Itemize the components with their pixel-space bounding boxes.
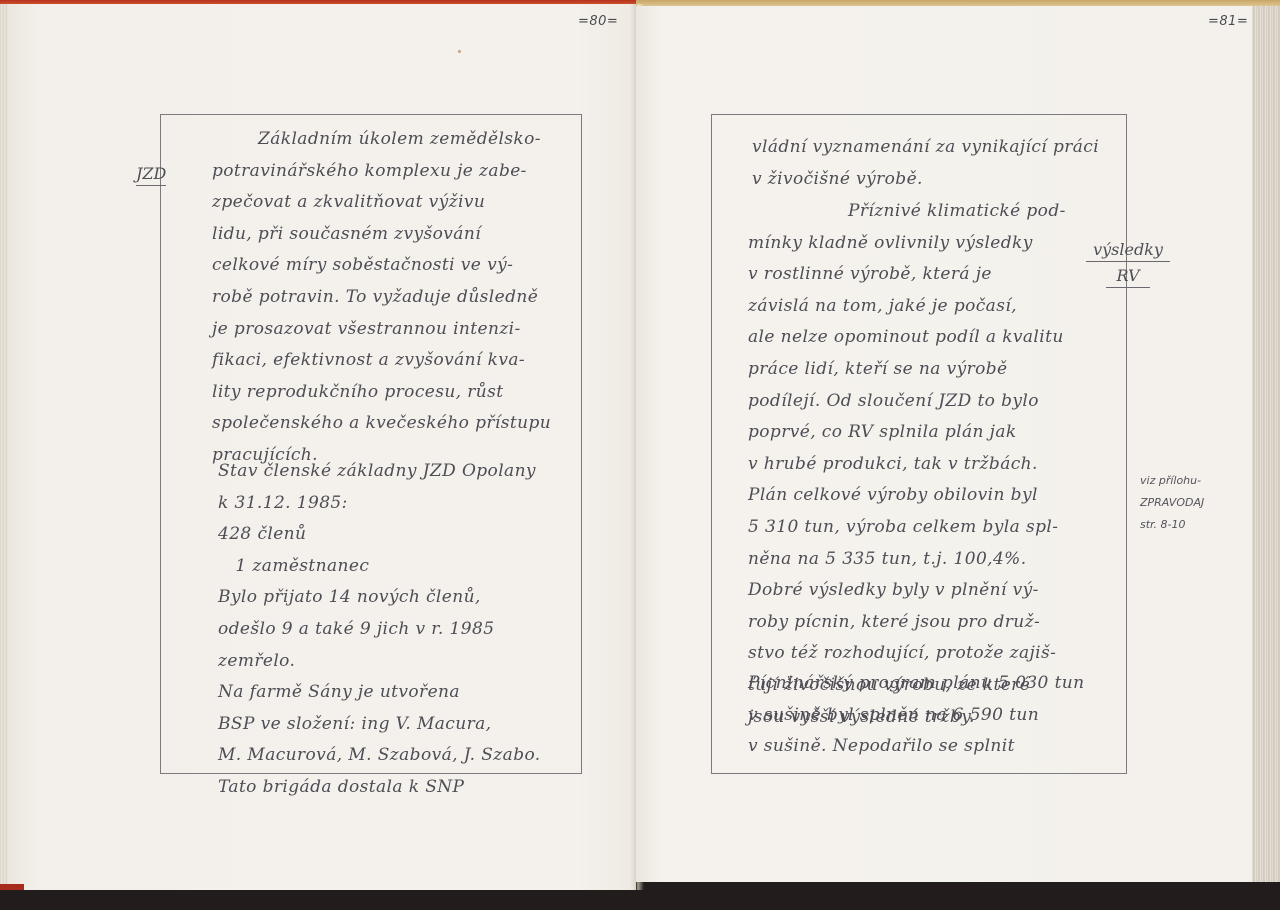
text-line: v sušině byl splněn na 6 590 tun	[748, 700, 1085, 732]
side-note-line: str. 8-10	[1140, 514, 1204, 536]
text-line: M. Macurová, M. Szabová, J. Szabo.	[218, 740, 541, 772]
text-line: Stav členské základny JZD Opolany	[218, 456, 541, 488]
open-book: =80= JZD Základním úkolem zemědělsko- po…	[0, 0, 1280, 893]
text-line: Pícninářský program plánu 5 030 tun	[748, 668, 1085, 700]
side-note-line: viz přílohu-	[1140, 470, 1204, 492]
text-line: BSP ve složení: ing V. Macura,	[218, 709, 541, 741]
text-line: vládní vyznamenání za vynikající práci	[752, 132, 1099, 164]
text-line: robě potravin. To vyžaduje důsledně	[212, 282, 551, 314]
text-line: Dobré výsledky byly v plnění vý-	[748, 575, 1066, 607]
right-paragraph-2: Příznivé klimatické pod- mínky kladně ov…	[748, 196, 1066, 733]
right-paragraph-3: Pícninářský program plánu 5 030 tun v su…	[748, 668, 1085, 763]
right-paragraph-1: vládní vyznamenání za vynikající práci v…	[752, 132, 1099, 195]
text-line: podílejí. Od sloučení JZD to bylo	[748, 386, 1066, 418]
text-line: zpečovat a zkvalitňovat výživu	[212, 187, 551, 219]
text-line: Základním úkolem zemědělsko-	[212, 124, 551, 156]
text-line: v rostlinné výrobě, která je	[748, 259, 1066, 291]
right-margin-note: výsledky RV	[1086, 240, 1170, 288]
text-line: Plán celkové výroby obilovin byl	[748, 480, 1066, 512]
side-note-attachment: viz přílohu- ZPRAVODAJ str. 8-10	[1140, 470, 1204, 536]
text-line: potravinářského komplexu je zabe-	[212, 156, 551, 188]
side-note-line: ZPRAVODAJ	[1140, 492, 1204, 514]
text-line: Bylo přijato 14 nových členů,	[218, 582, 541, 614]
margin-note-results: výsledky	[1086, 240, 1170, 262]
text-line: Tato brigáda dostala k SNP	[218, 772, 541, 804]
left-paragraph-1: Základním úkolem zemědělsko- potravinářs…	[212, 124, 551, 472]
text-line: v živočišné výrobě.	[752, 164, 1099, 196]
text-line: celkové míry soběstačnosti ve vý-	[212, 250, 551, 282]
text-line: stvo též rozhodující, protože zajiš-	[748, 638, 1066, 670]
text-line: 1 zaměstnanec	[218, 551, 541, 583]
text-line: Příznivé klimatické pod-	[748, 196, 1066, 228]
text-line: 5 310 tun, výroba celkem byla spl-	[748, 512, 1066, 544]
text-line: poprvé, co RV splnila plán jak	[748, 417, 1066, 449]
text-line: společenského a kvečeského přístupu	[212, 408, 551, 440]
left-page-number: =80=	[578, 14, 618, 29]
text-line: v hrubé produkci, tak v tržbách.	[748, 449, 1066, 481]
text-line: roby pícnin, které jsou pro druž-	[748, 607, 1066, 639]
text-line: práce lidí, kteří se na výrobě	[748, 354, 1066, 386]
text-line: v sušině. Nepodařilo se splnit	[748, 731, 1085, 763]
text-line: je prosazovat všestrannou intenzi-	[212, 314, 551, 346]
text-line: lity reprodukčního procesu, růst	[212, 377, 551, 409]
text-line: ale nelze opominout podíl a kvalitu	[748, 322, 1066, 354]
margin-note-rv: RV	[1106, 266, 1149, 288]
text-line: závislá na tom, jaké je počasí,	[748, 291, 1066, 323]
text-line: zemřelo.	[218, 646, 541, 678]
text-line: mínky kladně ovlivnily výsledky	[748, 228, 1066, 260]
text-line: 428 členů	[218, 519, 541, 551]
text-line: něna na 5 335 tun, t.j. 100,4%.	[748, 544, 1066, 576]
left-paragraph-2: Stav členské základny JZD Opolany k 31.1…	[218, 456, 541, 804]
ink-spot	[458, 50, 461, 53]
text-line: k 31.12. 1985:	[218, 488, 541, 520]
text-line: fikaci, efektivnost a zvyšování kva-	[212, 345, 551, 377]
text-line: Na farmě Sány je utvořena	[218, 677, 541, 709]
page-edges-right	[1252, 6, 1280, 882]
right-page-number: =81=	[1208, 14, 1248, 29]
book-cover-edge-bottom-left	[0, 884, 24, 890]
left-margin-note-jzd: JZD	[136, 164, 166, 186]
text-line: lidu, při současném zvyšování	[212, 219, 551, 251]
text-line: odešlo 9 a také 9 jich v r. 1985	[218, 614, 541, 646]
